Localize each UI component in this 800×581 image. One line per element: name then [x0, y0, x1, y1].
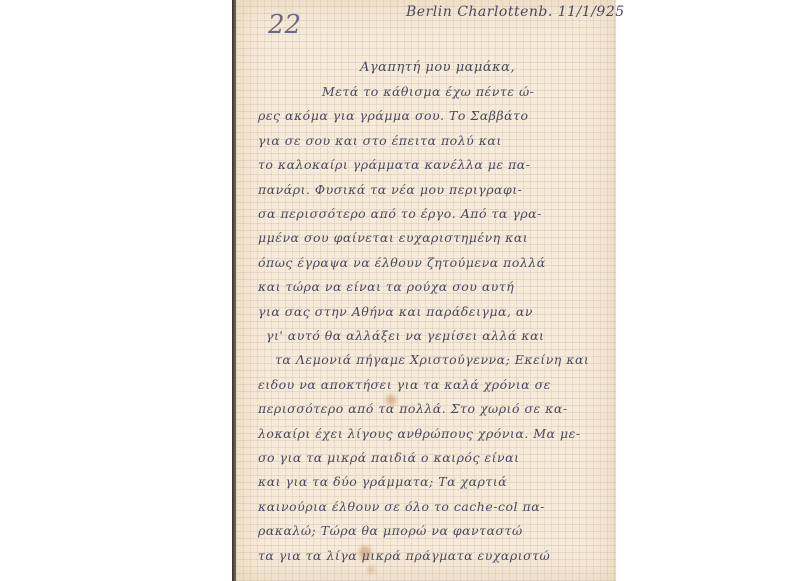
stain [368, 567, 374, 573]
letter-line: ρες ακόμα για γράμμα σου. Το Σαββάτο [258, 108, 529, 123]
letter-line: ρακαλώ; Τώρα θα μπορώ να φανταστώ [258, 523, 523, 538]
letter-line: περισσότερο από τα πολλά. Στο χωριό σε κ… [258, 401, 568, 416]
letter-line: σα περισσότερο από το έργο. Από τα γρα- [258, 206, 542, 221]
letter-line: σο για τα μικρά παιδιά ο καιρός είναι [258, 450, 519, 465]
letter-line: καινούρια έλθουν σε όλο το cache-col πα- [258, 499, 545, 514]
letter-line: μμένα σου φαίνεται ευχαριστημένη και [258, 230, 528, 245]
letter-line: για σε σου και στο έπειτα πολύ και [258, 133, 502, 148]
letter-line: το καλοκαίρι γράμματα κανέλλα με πα- [258, 157, 530, 172]
letter-line: λοκαίρι έχει λίγους ανθρώπους χρόνια. Μα… [258, 426, 581, 441]
letter-header-place-date: Berlin Charlottenb. 11/1/925 [406, 4, 625, 20]
letter-line: Μετά το κάθισμα έχω πέντε ώ- [322, 84, 534, 99]
letter-line: και για τα δύο γράμματα; Τα χαρτιά [258, 474, 507, 489]
letter-line: όπως έγραψα να έλθουν ζητούμενα πολλά [258, 255, 546, 270]
letter-line: και τώρα να είναι τα ρούχα σου αυτή [258, 279, 514, 294]
letter-line: γι' αυτό θα αλλάξει να γεμίσει αλλά και [266, 328, 544, 343]
page-number: 22 [268, 10, 301, 40]
letter-line: τα για τα λίγα μικρά πράγματα ευχαριστώ [258, 548, 550, 563]
letter-line: ειδου να αποκτήσει για τα καλά χρόνια σε [258, 377, 551, 392]
letter-line: για σας στην Αθήνα και παράδειγμα, αν [258, 304, 533, 319]
letter-line: πανάρι. Φυσικά τα νέα μου περιγραφι- [258, 182, 522, 197]
letter-greeting: Αγαπητή μου μαμάκα, [360, 60, 515, 75]
letter-line: τα Λεμονιά πήγαμε Χριστούγεννα; Εκείνη κ… [275, 352, 589, 367]
